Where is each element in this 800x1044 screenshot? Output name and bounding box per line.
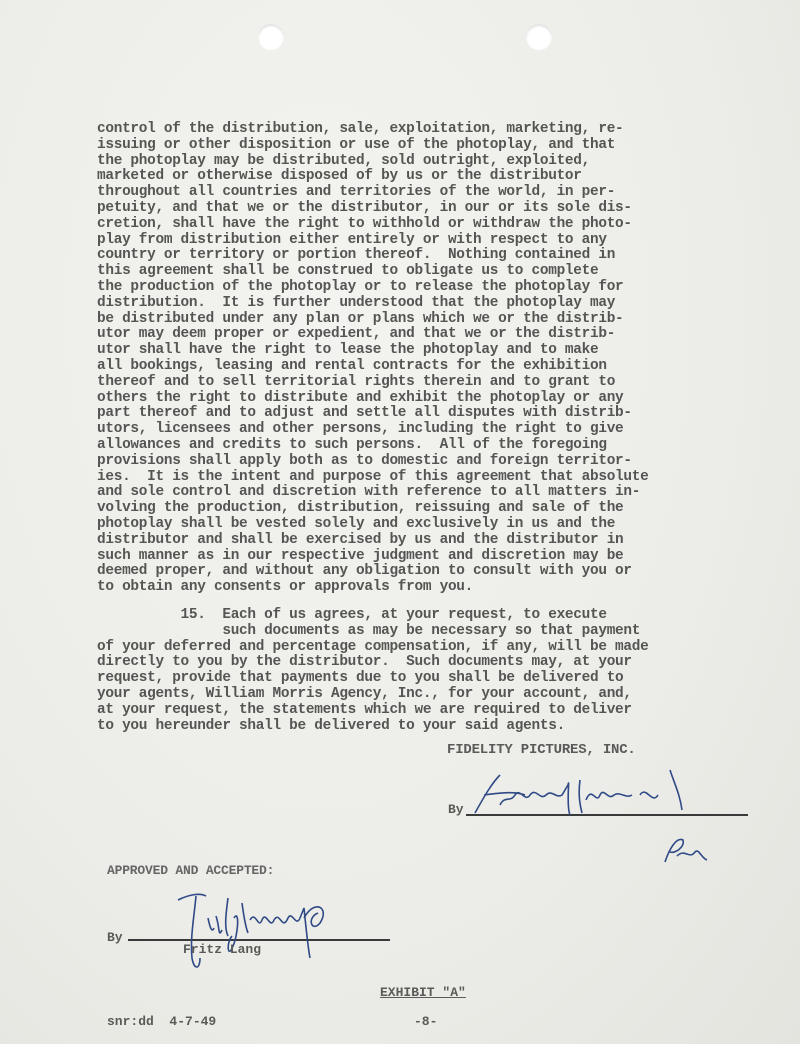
company-by-label: By: [448, 802, 464, 817]
text-line: all bookings, leasing and rental contrac…: [97, 359, 747, 375]
text-line: volving the production, distribution, re…: [97, 501, 747, 517]
text-line: request, provide that payments due to yo…: [97, 671, 747, 687]
company-signature: [470, 765, 700, 825]
text-line: ies. It is the intent and purpose of thi…: [97, 470, 747, 486]
text-line: play from distribution either entirely o…: [97, 233, 747, 249]
signer-name: Fritz Lang: [183, 942, 261, 957]
text-line: photoplay shall be vested solely and exc…: [97, 517, 747, 533]
text-line: cretion, shall have the right to withhol…: [97, 217, 747, 233]
paragraph-15: 15. Each of us agrees, at your request, …: [97, 608, 747, 734]
text-line: allowances and credits to such persons. …: [97, 438, 747, 454]
text-line: utors, licensees and other persons, incl…: [97, 422, 747, 438]
text-line: the production of the photoplay or to re…: [97, 280, 747, 296]
paragraph-14-continued: control of the distribution, sale, explo…: [97, 122, 747, 596]
text-line: marketed or otherwise disposed of by us …: [97, 169, 747, 185]
text-line: be distributed under any plan or plans w…: [97, 312, 747, 328]
text-line: to obtain any consents or approvals from…: [97, 580, 747, 596]
text-line: such documents as may be necessary so th…: [97, 624, 747, 640]
typist-initials-date: snr:dd 4-7-49: [107, 1014, 216, 1029]
text-line: others the right to distribute and exhib…: [97, 391, 747, 407]
text-line: your agents, William Morris Agency, Inc.…: [97, 687, 747, 703]
text-line: issuing or other disposition or use of t…: [97, 138, 747, 154]
text-line: utor may deem proper or expedient, and t…: [97, 327, 747, 343]
exhibit-label: EXHIBIT "A": [380, 985, 466, 1000]
text-line: this agreement shall be construed to obl…: [97, 264, 747, 280]
text-line: provisions shall apply both as to domest…: [97, 454, 747, 470]
text-line: of your deferred and percentage compensa…: [97, 640, 747, 656]
text-line: throughout all countries and territories…: [97, 185, 747, 201]
text-line: distribution. It is further understood t…: [97, 296, 747, 312]
text-line: at your request, the statements which we…: [97, 703, 747, 719]
text-line: the photoplay may be distributed, sold o…: [97, 154, 747, 170]
text-line: distributor and shall be exercised by us…: [97, 533, 747, 549]
text-line: petuity, and that we or the distributor,…: [97, 201, 747, 217]
text-line: country or territory or portion thereof.…: [97, 248, 747, 264]
text-line: and sole control and discretion with ref…: [97, 485, 747, 501]
fritz-lang-signature: [170, 888, 350, 978]
page-number: -8-: [414, 1014, 437, 1029]
approved-and-accepted-label: APPROVED AND ACCEPTED:: [107, 863, 274, 878]
company-name: FIDELITY PICTURES, INC.: [447, 742, 636, 758]
signer-by-label: By: [107, 930, 123, 945]
text-line: utor shall have the right to lease the p…: [97, 343, 747, 359]
document-page: control of the distribution, sale, explo…: [0, 0, 800, 1044]
text-line: directly to you by the distributor. Such…: [97, 655, 747, 671]
president-abbreviation-signature: [655, 832, 715, 872]
punch-hole-right: [526, 24, 552, 50]
text-line: part thereof and to adjust and settle al…: [97, 406, 747, 422]
punch-hole-left: [258, 24, 284, 50]
text-line: such manner as in our respective judgmen…: [97, 549, 747, 565]
text-line: thereof and to sell territorial rights t…: [97, 375, 747, 391]
text-line: control of the distribution, sale, explo…: [97, 122, 747, 138]
text-line: to you hereunder shall be delivered to y…: [97, 719, 747, 735]
text-line: deemed proper, and without any obligatio…: [97, 564, 747, 580]
text-line: 15. Each of us agrees, at your request, …: [97, 608, 747, 624]
